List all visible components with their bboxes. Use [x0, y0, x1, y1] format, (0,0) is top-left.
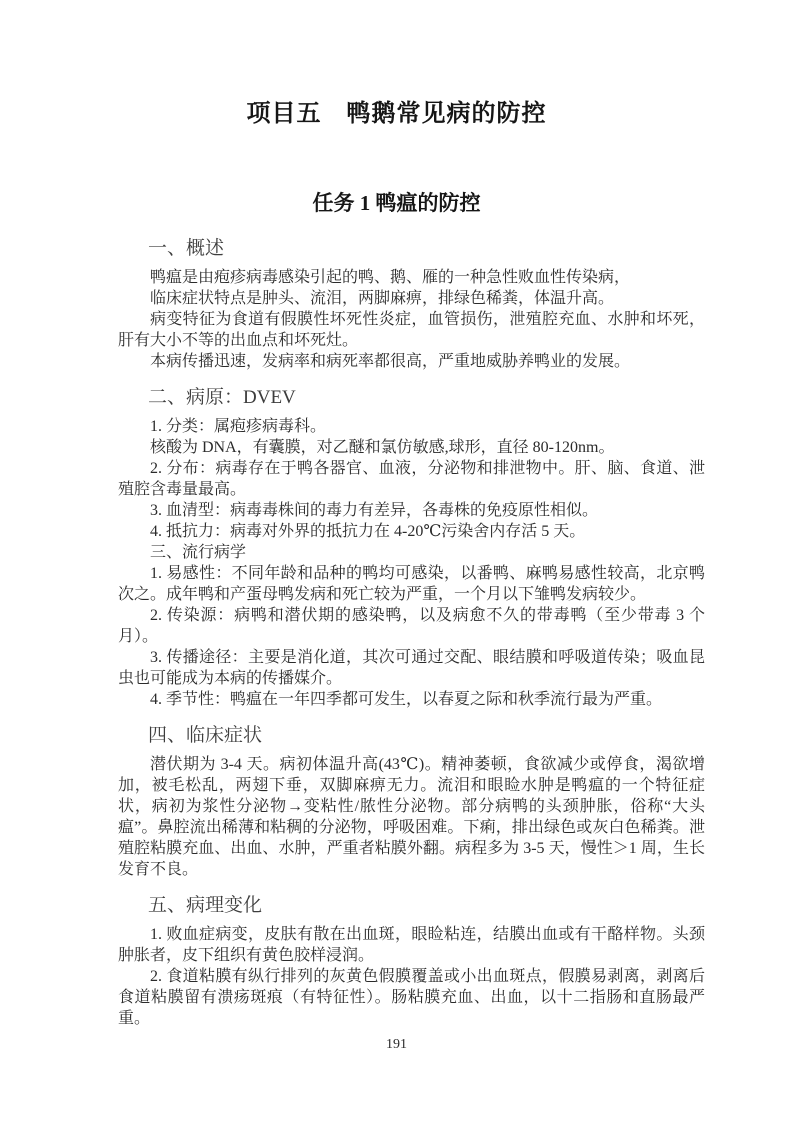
paragraph: 1. 败血症病变，皮肤有散在出血斑，眼睑粘连，结膜出血或有干酪样物。头颈肿胀者，…: [118, 924, 705, 966]
paragraph: 2. 食道粘膜有纵行排列的灰黄色假膜覆盖或小出血斑点，假膜易剥离，剥离后食道粘膜…: [118, 966, 705, 1029]
paragraph: 2. 传染源：病鸭和潜伏期的感染鸭，以及病愈不久的带毒鸭（至少带毒 3 个月）。: [118, 605, 705, 647]
paragraph: 1. 易感性：不同年龄和品种的鸭均可感染，以番鸭、麻鸭易感性较高，北京鸭次之。成…: [118, 563, 705, 605]
paragraph: 鸭瘟是由疱疹病毒感染引起的鸭、鹅、雁的一种急性败血性传染病，: [118, 267, 705, 288]
page-number: 191: [0, 1036, 793, 1054]
section-heading-pathological-changes: 五、病理变化: [118, 893, 705, 919]
paragraph: 病变特征为食道有假膜性坏死性炎症，血管损伤，泄殖腔充血、水肿和坏死，肝有大小不等…: [118, 309, 705, 351]
document-page: 项目五 鸭鹅常见病的防控 任务 1 鸭瘟的防控 一、概述 鸭瘟是由疱疹病毒感染引…: [0, 0, 793, 1122]
subsection-line-epidemiology: 三、流行病学: [118, 542, 705, 563]
section-heading-pathogen: 二、病原：DVEV: [118, 385, 705, 411]
paragraph: 2. 分布：病毒存在于鸭各器官、血液，分泌物和排泄物中。肝、脑、食道、泄殖腔含毒…: [118, 458, 705, 500]
section-heading-clinical-symptoms: 四、临床症状: [118, 723, 705, 749]
page-subtitle: 任务 1 鸭瘟的防控: [0, 190, 793, 216]
page-title: 项目五 鸭鹅常见病的防控: [0, 0, 793, 128]
paragraph: 潜伏期为 3-4 天。病初体温升高(43℃)。精神萎顿，食欲减少或停食，渴欲增加…: [118, 754, 705, 880]
paragraph: 临床症状特点是肿头、流泪，两脚麻痹，排绿色稀粪，体温升高。: [118, 288, 705, 309]
paragraph: 3. 血清型：病毒毒株间的毒力有差异，各毒株的免疫原性相似。: [118, 500, 705, 521]
paragraph: 核酸为 DNA，有囊膜，对乙醚和氯仿敏感,球形，直径 80-120nm。: [118, 437, 705, 458]
document-body: 一、概述 鸭瘟是由疱疹病毒感染引起的鸭、鹅、雁的一种急性败血性传染病， 临床症状…: [0, 236, 793, 1029]
paragraph: 1. 分类：属疱疹病毒科。: [118, 416, 705, 437]
paragraph: 本病传播迅速，发病率和病死率都很高，严重地威胁养鸭业的发展。: [118, 351, 705, 372]
section-heading-overview: 一、概述: [118, 236, 705, 262]
paragraph: 3. 传播途径：主要是消化道，其次可通过交配、眼结膜和呼吸道传染；吸血昆虫也可能…: [118, 647, 705, 689]
paragraph: 4. 季节性：鸭瘟在一年四季都可发生，以春夏之际和秋季流行最为严重。: [118, 689, 705, 710]
paragraph: 4. 抵抗力：病毒对外界的抵抗力在 4-20℃污染舍内存活 5 天。: [118, 521, 705, 542]
